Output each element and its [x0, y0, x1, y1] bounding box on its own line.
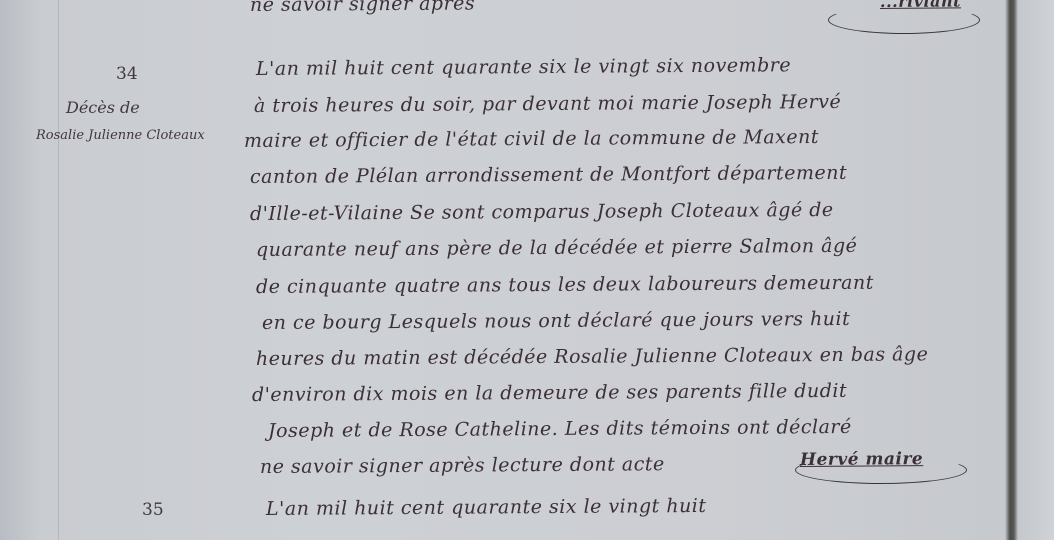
signature-flourish [828, 6, 980, 34]
record-line: L'an mil huit cent quarante six le vingt… [266, 495, 707, 520]
prev-entry-last-line: ne savoir signer après [250, 0, 475, 16]
margin-rule [58, 0, 59, 540]
register-page: ne savoir signer après ...riviant 34 Déc… [0, 0, 1054, 540]
record-line: en ce bourg Lesquels nous ont déclaré qu… [262, 308, 850, 334]
record-line: heures du matin est décédée Rosalie Juli… [256, 343, 928, 370]
record-line: Joseph et de Rose Catheline. Les dits té… [268, 416, 852, 442]
record-line: L'an mil huit cent quarante six le vingt… [256, 54, 791, 80]
entry-number: 34 [116, 64, 138, 84]
record-line: de cinquante quatre ans tous les deux la… [256, 272, 874, 298]
record-line: ne savoir signer après lecture dont acte [260, 453, 665, 478]
record-line: quarante neuf ans père de la décédée et … [256, 235, 857, 261]
record-line: d'environ dix mois en la demeure de ses … [252, 380, 847, 406]
margin-note-title: Décès de [66, 98, 140, 117]
entry-number: 35 [142, 500, 164, 520]
record-line: canton de Plélan arrondissement de Montf… [250, 162, 847, 188]
signature-flourish [795, 456, 967, 484]
margin-note-name: Rosalie Julienne Cloteaux [36, 128, 205, 143]
record-line: d'Ille-et-Vilaine Se sont comparus Josep… [250, 199, 834, 225]
record-line: maire et officier de l'état civil de la … [244, 126, 819, 152]
record-line: à trois heures du soir, par devant moi m… [254, 91, 841, 117]
